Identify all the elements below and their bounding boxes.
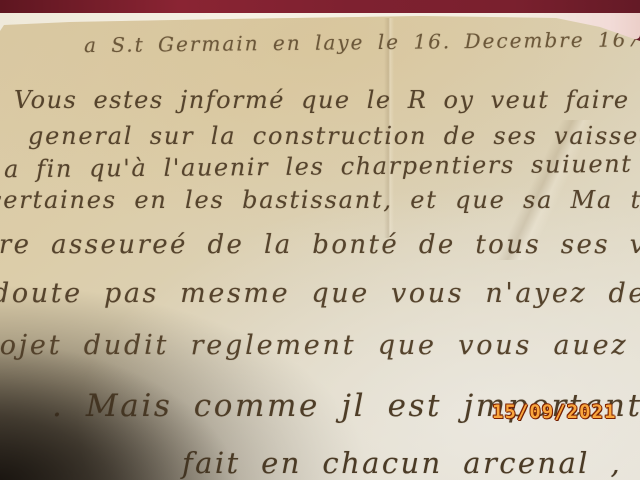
- manuscript-line-6: doute pas mesme que vous n'ayez desja: [0, 278, 640, 309]
- manuscript-line-9: fait en chacun arcenal , et: [182, 446, 640, 480]
- camera-datestamp: 15/09/2021: [492, 401, 616, 423]
- manuscript-line-3: a fin qu'à l'auenir les charpentiers sui…: [4, 149, 640, 184]
- manuscript-line-2: general sur la construction de ses vaiss…: [28, 122, 640, 150]
- manuscript-dateline: a S.t Germain en laye le 16. Decembre 16…: [84, 27, 640, 57]
- manuscript-line-5: tre asseureé de la bonté de tous ses vai…: [0, 230, 640, 260]
- manuscript-line-4: certaines en les bastissant, et que sa M…: [0, 186, 640, 214]
- photograph-of-manuscript: a S.t Germain en laye le 16. Decembre 16…: [0, 0, 640, 480]
- manuscript-line-1: Vous estes jnformé que le R oy veut fair…: [14, 86, 640, 114]
- manuscript-line-7: rojet dudit reglement que vous auez eu: [0, 330, 640, 361]
